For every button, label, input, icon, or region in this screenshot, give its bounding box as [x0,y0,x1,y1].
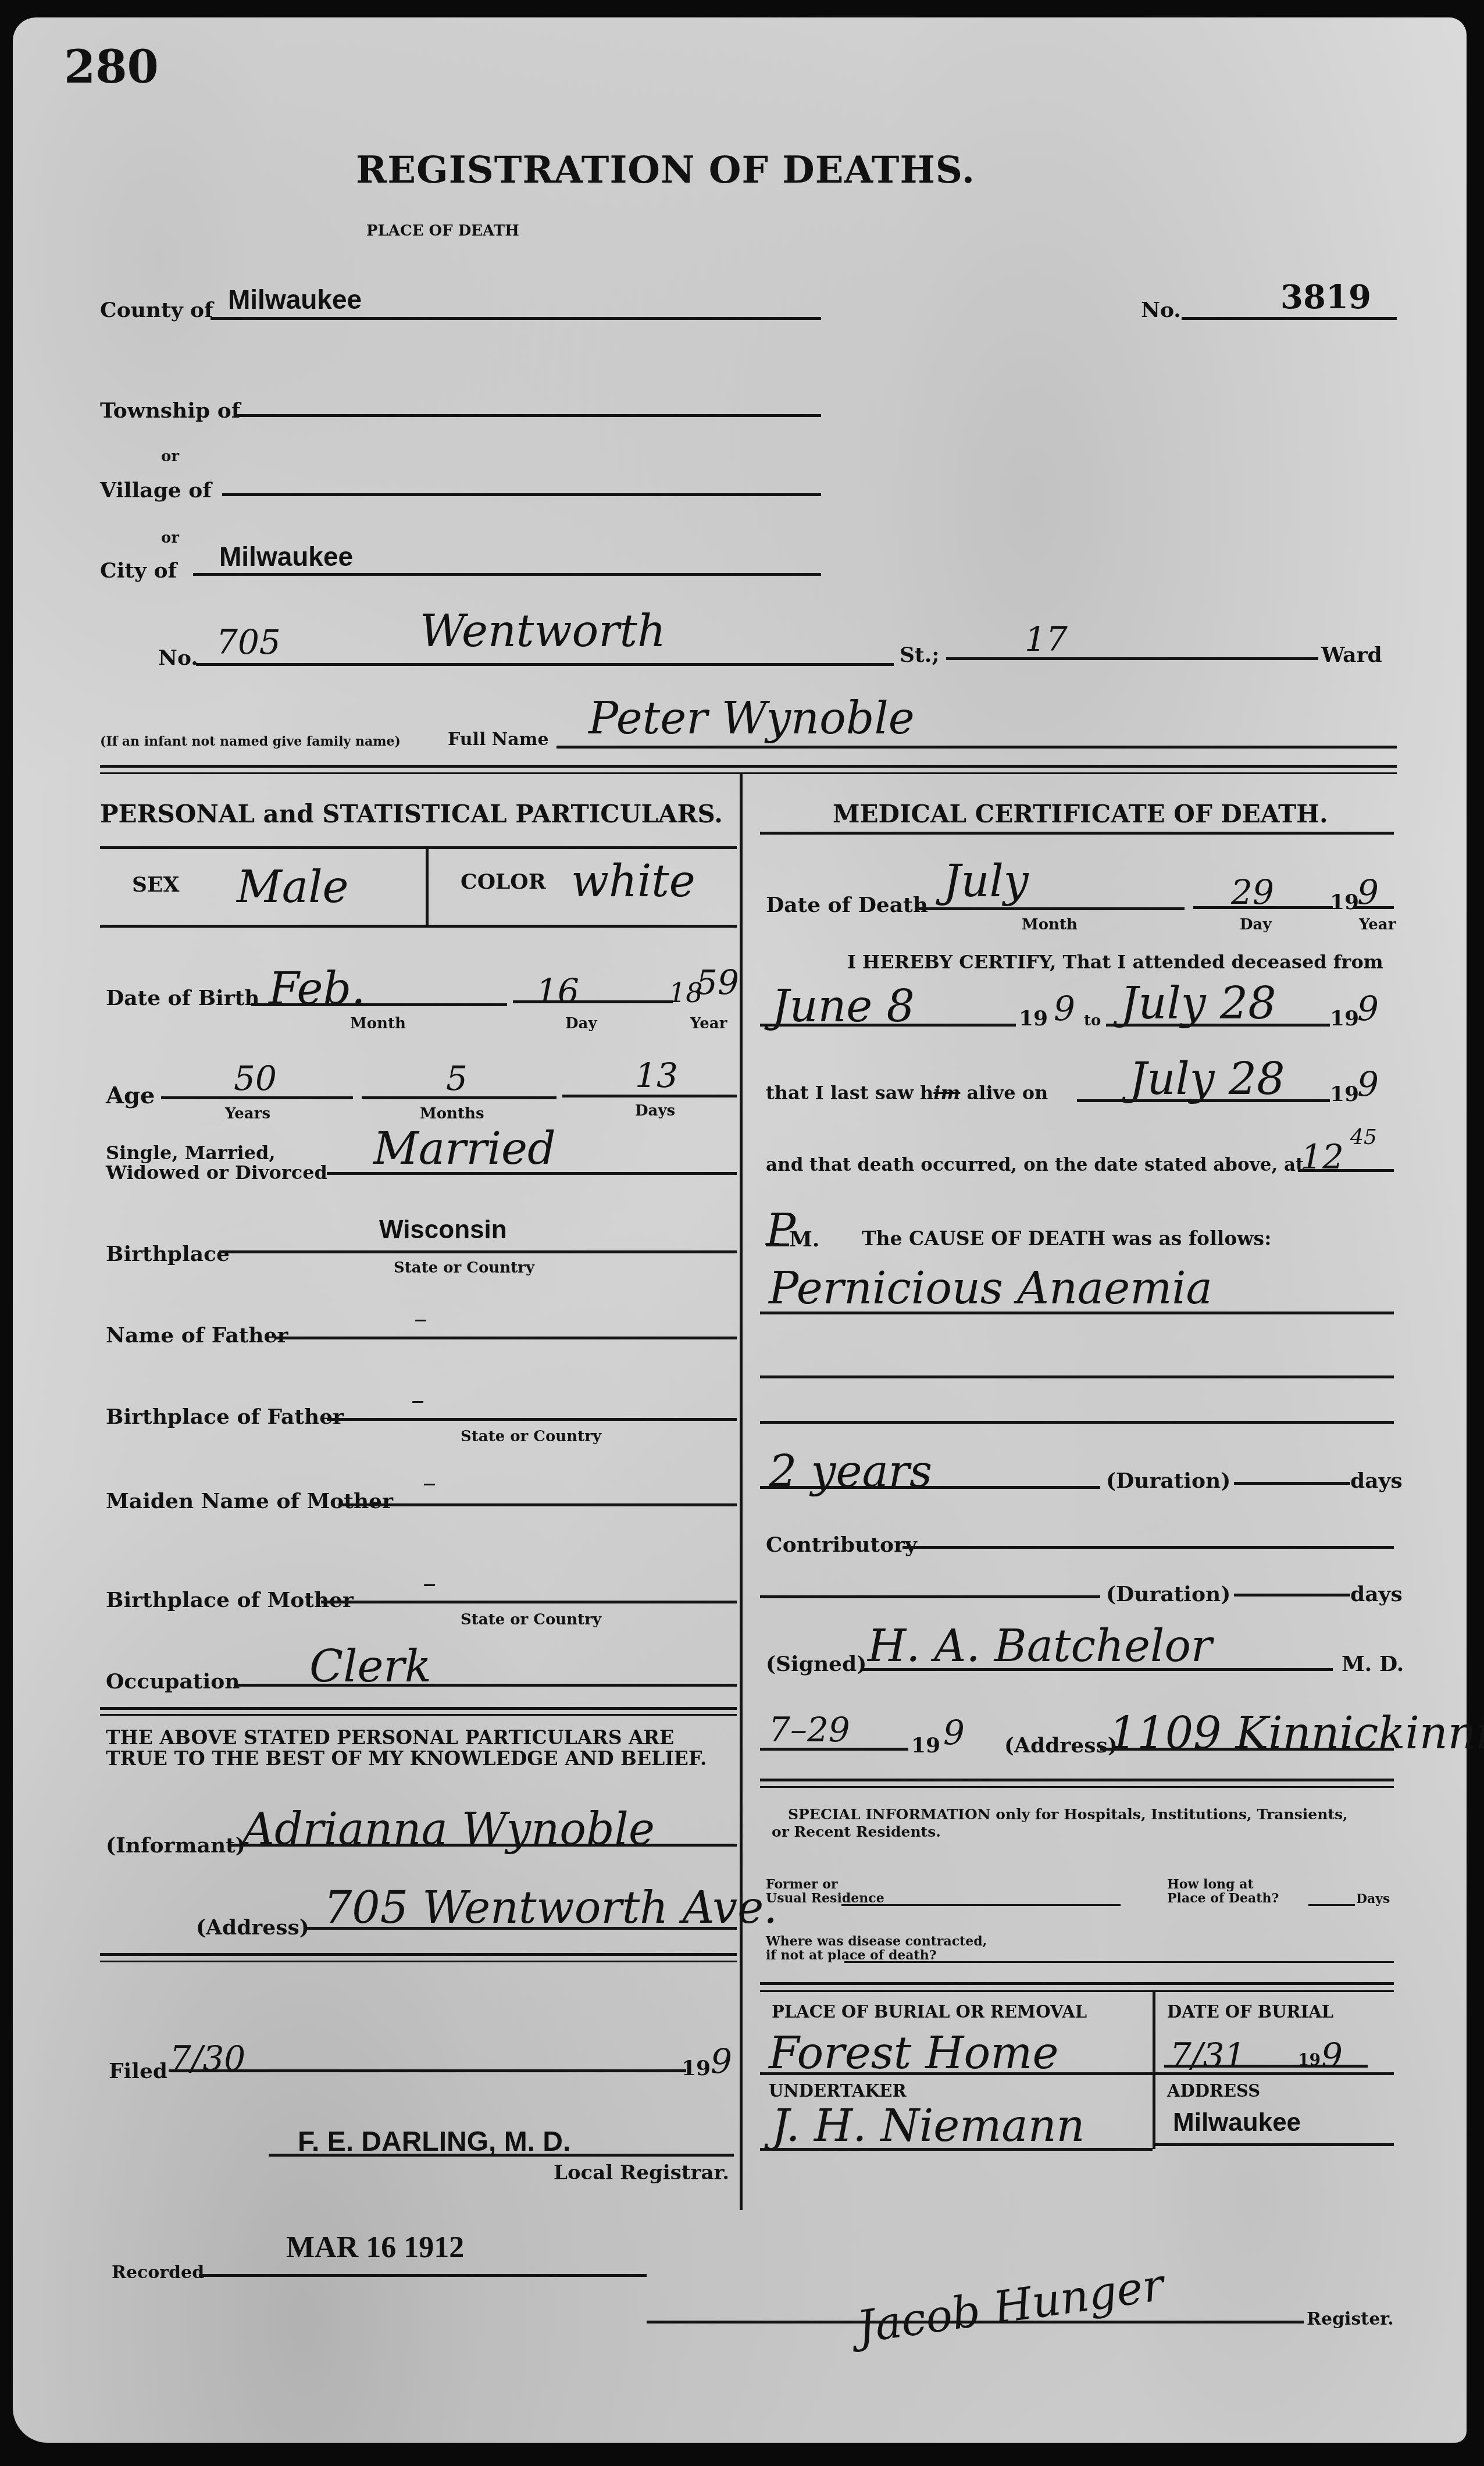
county-line [211,317,821,320]
township-label: Township of [100,398,240,423]
full-name-line [556,746,1397,749]
dob-label: Date of Birth [106,986,260,1010]
special-heading-line-2: or Recent Residents. [772,1823,1348,1841]
divider-double-top [100,765,1397,768]
rule [766,1243,789,1246]
street-no-label: No. [158,646,198,670]
last-saw-struck: im [933,1082,960,1104]
rule [647,2321,1304,2324]
rule [513,1000,673,1003]
rule [841,1904,1121,1906]
rule [1100,1748,1394,1751]
death-certificate-page: 280 REGISTRATION OF DEATHS. PLACE OF DEA… [13,17,1467,2443]
rule [1077,1099,1330,1102]
signed-label: (Signed) [766,1652,866,1676]
duration-value[interactable]: 2 years [769,1445,932,1497]
occupation-label: Occupation [106,1669,240,1694]
registrar-title: Local Registrar. [554,2161,729,2185]
informant-value[interactable]: Adrianna Wynoble [242,1803,655,1855]
marital-label-line-1: Single, Married, [106,1143,327,1163]
rule [219,1250,737,1253]
last-saw-label-b: alive on [967,1082,1048,1104]
ward-line [946,657,1318,660]
mother-birthplace-value[interactable]: – [423,1567,436,1599]
undertaker-value[interactable]: J. H. Niemann [772,2100,1085,2151]
last-saw-label-a: that I last saw h [766,1082,933,1104]
registrar-stamp: F. E. DARLING, M. D. [298,2126,570,2158]
where-label-1: Where was disease contracted, [766,1934,987,1948]
mother-birthplace-label: Birthplace of Mother [106,1588,354,1612]
rule [760,832,1394,835]
rule [1153,2072,1394,2075]
rule [1153,2143,1394,2146]
former-label-2: Usual Residence [766,1891,884,1905]
months-caption: Months [420,1105,484,1122]
street-no-value[interactable]: 705 [216,622,281,662]
cause-text: The CAUSE OF DEATH was as follows: [862,1227,1271,1250]
or-label: or [161,448,179,465]
signed-year-value[interactable]: 9 [943,1713,965,1752]
rule [1164,2065,1368,2068]
street-line [196,663,894,666]
death-occurred-text: and that death occurred, on the date sta… [766,1154,1304,1175]
attestation-line-2: TRUE TO THE BEST OF MY KNOWLEDGE AND BEL… [106,1748,707,1769]
rule [760,1024,1016,1027]
rule [760,1486,1100,1489]
rule [321,1601,737,1603]
month-caption: Month [350,1015,406,1032]
rule [1106,1024,1330,1027]
days-label: days [1350,1469,1403,1493]
attestation-text: THE ABOVE STATED PERSONAL PARTICULARS AR… [106,1727,707,1769]
rule [917,907,1185,910]
mother-maiden-value[interactable]: – [423,1467,436,1498]
place-of-death-heading: PLACE OF DEATH [366,222,519,240]
contributory-label: Contributory [766,1533,917,1557]
burial-divider [1153,1992,1155,2149]
dob-month-value[interactable]: Feb. [269,963,365,1014]
certificate-no-line [1182,317,1397,320]
page-number: 280 [64,41,159,94]
where-contracted-label: Where was disease contracted, if not at … [766,1934,987,1962]
rule [251,1003,507,1006]
city-line [193,573,821,576]
from-year-prefix: 19 [1019,1006,1048,1031]
sex-value[interactable]: Male [237,861,348,913]
informant-address-label: (Address) [196,1915,309,1940]
burial-place-label: PLACE OF BURIAL OR REMOVAL [772,2002,1087,2022]
rule [100,1961,737,1962]
certificate-no-value[interactable]: 3819 [1280,278,1371,316]
day-caption: Day [1240,916,1272,933]
rule [169,2069,686,2072]
rule [1298,1169,1394,1172]
rule [760,1786,1394,1788]
filed-year-prefix: 19 [682,2056,711,2080]
rule [100,925,737,928]
rule [274,1337,737,1339]
rule [1308,1904,1355,1906]
marital-value[interactable]: Married [373,1122,556,1174]
full-name-label: Full Name [448,729,549,750]
color-value[interactable]: white [571,855,695,907]
how-long-days-label: Days [1356,1891,1390,1906]
rule [234,1684,737,1687]
rule [304,1927,737,1930]
rule [862,1668,1333,1671]
state-or-country-caption: State or Country [461,1428,601,1445]
rule [1234,1594,1350,1597]
attended-from-year[interactable]: 9 [1054,989,1075,1028]
undertaker-address-value[interactable]: Milwaukee [1173,2108,1301,2137]
year-caption: Year [690,1015,727,1032]
physician-address-value[interactable]: 1109 Kinnickinnic [1109,1707,1484,1759]
father-name-label: Name of Father [106,1323,288,1348]
street-st-label: St.; [900,643,939,667]
infant-note: (If an infant not named give family name… [100,734,401,749]
attestation-line-1: THE ABOVE STATED PERSONAL PARTICULARS AR… [106,1727,707,1748]
rule [760,1779,1394,1781]
death-time-minutes[interactable]: 45 [1350,1125,1377,1149]
village-label: Village of [100,478,212,503]
where-label-2: if not at place of death? [766,1948,987,1962]
burial-place-value[interactable]: Forest Home [769,2027,1058,2079]
rule [327,1418,737,1421]
column-divider [740,774,743,2210]
rule [100,846,737,849]
city-label: City of [100,558,177,583]
attended-to-year[interactable]: 9 [1357,989,1379,1028]
rule [100,1714,737,1716]
father-name-value[interactable]: – [414,1303,427,1334]
color-label: COLOR [461,869,546,894]
dob-year-value[interactable]: 59 [696,963,739,1002]
township-line [237,414,821,417]
birthplace-value[interactable]: Wisconsin [379,1216,507,1245]
year-caption: Year [1359,916,1396,933]
informant-address-value[interactable]: 705 Wentworth Ave. [324,1881,777,1933]
marital-label-line-2: Widowed or Divorced [106,1163,327,1182]
duration-label: (Duration) [1106,1469,1230,1493]
sex-color-divider [426,846,429,928]
rule [199,2274,647,2277]
ward-label: Ward [1321,643,1382,667]
signed-date-value[interactable]: 7–29 [769,1710,850,1749]
attended-to-value[interactable]: July 28 [1121,977,1276,1029]
state-or-country-caption: State or Country [461,1611,601,1628]
md-label: M. D. [1342,1652,1404,1676]
divider-double-bottom [100,772,1397,774]
undertaker-address-label: ADDRESS [1167,2081,1260,2101]
father-birthplace-label: Birthplace of Father [106,1405,344,1429]
city-value[interactable]: Milwaukee [219,541,353,572]
rule [161,1096,353,1099]
days-label: days [1350,1582,1403,1606]
dod-label: Date of Death [766,893,928,917]
state-or-country-caption: State or Country [394,1259,534,1277]
rule [1353,906,1394,909]
years-caption: Years [225,1105,270,1122]
sex-label: SEX [132,872,179,897]
last-saw-value[interactable]: July 28 [1129,1053,1285,1104]
special-info-heading: SPECIAL INFORMATION only for Hospitals, … [772,1806,1348,1841]
rule [760,2148,1153,2151]
certificate-no-label: No. [1141,298,1181,322]
personal-heading: PERSONAL and STATISTICAL PARTICULARS. [100,800,723,828]
duration-label: (Duration) [1106,1582,1230,1606]
how-long-label-2: Place of Death? [1167,1891,1279,1905]
county-value[interactable]: Milwaukee [228,284,362,315]
burial-date-value[interactable]: 7/31 [1170,2036,1246,2075]
physician-address-label: (Address) [1004,1733,1118,1758]
rule [100,1707,737,1710]
rule [760,1312,1394,1314]
dod-year-prefix: 19 [1330,890,1359,914]
burial-year-value[interactable]: 9 [1321,2036,1343,2075]
rule [100,1953,737,1956]
or-label: or [161,529,179,547]
village-line [222,493,821,496]
rule [760,1375,1394,1378]
rule [231,1844,737,1847]
street-name-value[interactable]: Wentworth [420,605,666,657]
physician-signature[interactable]: H. A. Batchelor [868,1620,1212,1672]
month-caption: Month [1022,916,1078,933]
rule [1234,1482,1350,1485]
age-years-value[interactable]: 50 [234,1059,277,1098]
age-days-value[interactable]: 13 [635,1056,678,1095]
special-heading-line-1: SPECIAL INFORMATION only for Hospitals, … [772,1806,1348,1823]
to-label: to [1084,1012,1101,1029]
informant-label: (Informant) [106,1833,245,1858]
register-signature[interactable]: Jacob Hunger [854,2258,1166,2353]
former-residence-label: Former or Usual Residence [766,1877,884,1905]
how-long-label-1: How long at [1167,1877,1279,1891]
rule [760,2072,1153,2075]
rule [269,2154,734,2157]
filed-label: Filed [109,2059,167,2083]
filed-year-value[interactable]: 9 [711,2041,732,2081]
m-label: M. [789,1227,819,1252]
rule [760,1421,1394,1424]
former-label-1: Former or [766,1877,884,1891]
last-saw-year-prefix: 19 [1330,1082,1359,1106]
signed-year-prefix: 19 [911,1733,940,1758]
rule [760,1990,1394,1992]
rule [562,1095,737,1097]
medical-heading: MEDICAL CERTIFICATE OF DEATH. [833,800,1328,828]
burial-date-label: DATE OF BURIAL [1167,2002,1333,2022]
how-long-label: How long at Place of Death? [1167,1877,1279,1905]
dod-month-value[interactable]: July [943,855,1029,907]
rule [362,1096,556,1099]
undertaker-label: UNDERTAKER [769,2081,907,2101]
rule [760,1595,1100,1598]
register-label: Register. [1307,2309,1394,2329]
rule [760,1982,1394,1985]
county-label: County of [100,298,213,322]
cause-value[interactable]: Pernicious Anaemia [769,1262,1212,1314]
recorded-label: Recorded [112,2262,204,2283]
birthplace-label: Birthplace [106,1242,230,1266]
full-name-value[interactable]: Peter Wynoble [588,692,915,744]
days-caption: Days [635,1102,675,1120]
recorded-stamp: MAR 16 1912 [286,2230,464,2265]
father-birthplace-value[interactable]: – [411,1384,424,1416]
rule [760,1748,908,1751]
mother-maiden-label: Maiden Name of Mother [106,1489,393,1513]
age-label: Age [106,1082,155,1109]
rule [338,1503,737,1506]
day-caption: Day [565,1015,597,1032]
rule [844,1961,1394,1963]
last-saw-label: that I last saw him alive on [766,1082,1048,1104]
ward-value[interactable]: 17 [1025,619,1068,659]
certify-text: I HEREBY CERTIFY, That I attended deceas… [847,951,1383,973]
rule [1193,906,1333,909]
last-saw-year[interactable]: 9 [1357,1064,1379,1104]
to-year-prefix: 19 [1330,1006,1359,1031]
marital-label: Single, Married, Widowed or Divorced [106,1143,327,1182]
rule [902,1546,1394,1549]
age-months-value[interactable]: 5 [446,1059,468,1098]
rule [327,1172,737,1175]
document-title: REGISTRATION OF DEATHS. [356,148,975,192]
dob-day-value[interactable]: 16 [536,971,579,1011]
